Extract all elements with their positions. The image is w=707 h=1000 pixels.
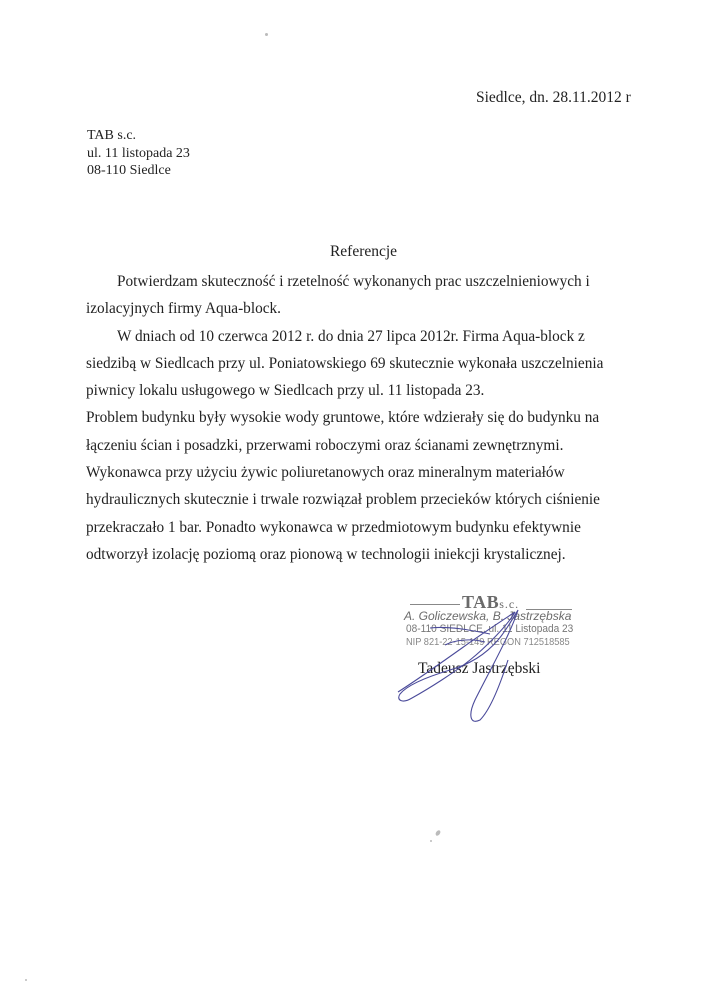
body-line: Problem budynku były wysokie wody grunto… (86, 404, 626, 431)
body-line: przekraczało 1 bar. Ponadto wykonawca w … (86, 514, 626, 541)
recipient-company: TAB s.c. (87, 127, 190, 145)
scan-speck (430, 840, 432, 842)
scan-speck (25, 979, 27, 981)
recipient-city: 08-110 Siedlce (87, 162, 190, 180)
scan-speck (435, 829, 442, 836)
body-line: W dniach od 10 czerwca 2012 r. do dnia 2… (86, 323, 626, 350)
body-line: Wykonawca przy użyciu żywic poliuretanow… (86, 459, 626, 486)
body-line: siedzibą w Siedlcach przy ul. Poniatowsk… (86, 350, 626, 377)
body-line: hydraulicznych skutecznie i trwale rozwi… (86, 486, 626, 513)
document-title: Referencje (0, 243, 707, 261)
scan-speck (265, 33, 268, 36)
body-line: łączeniu ścian i posadzki, przerwami rob… (86, 432, 626, 459)
handwritten-signature-icon (390, 600, 560, 730)
body-line: piwnicy lokalu usługowego w Siedlcach pr… (86, 377, 626, 404)
place-date: Siedlce, dn. 28.11.2012 r (476, 89, 631, 107)
body-line: Potwierdzam skuteczność i rzetelność wyk… (86, 268, 626, 295)
recipient-street: ul. 11 listopada 23 (87, 145, 190, 163)
document-body: Potwierdzam skuteczność i rzetelność wyk… (86, 268, 626, 568)
body-line: izolacyjnych firmy Aqua-block. (86, 295, 626, 322)
recipient-address: TAB s.c. ul. 11 listopada 23 08-110 Sied… (87, 127, 190, 180)
body-line: odtworzył izolację poziomą oraz pionową … (86, 541, 626, 568)
